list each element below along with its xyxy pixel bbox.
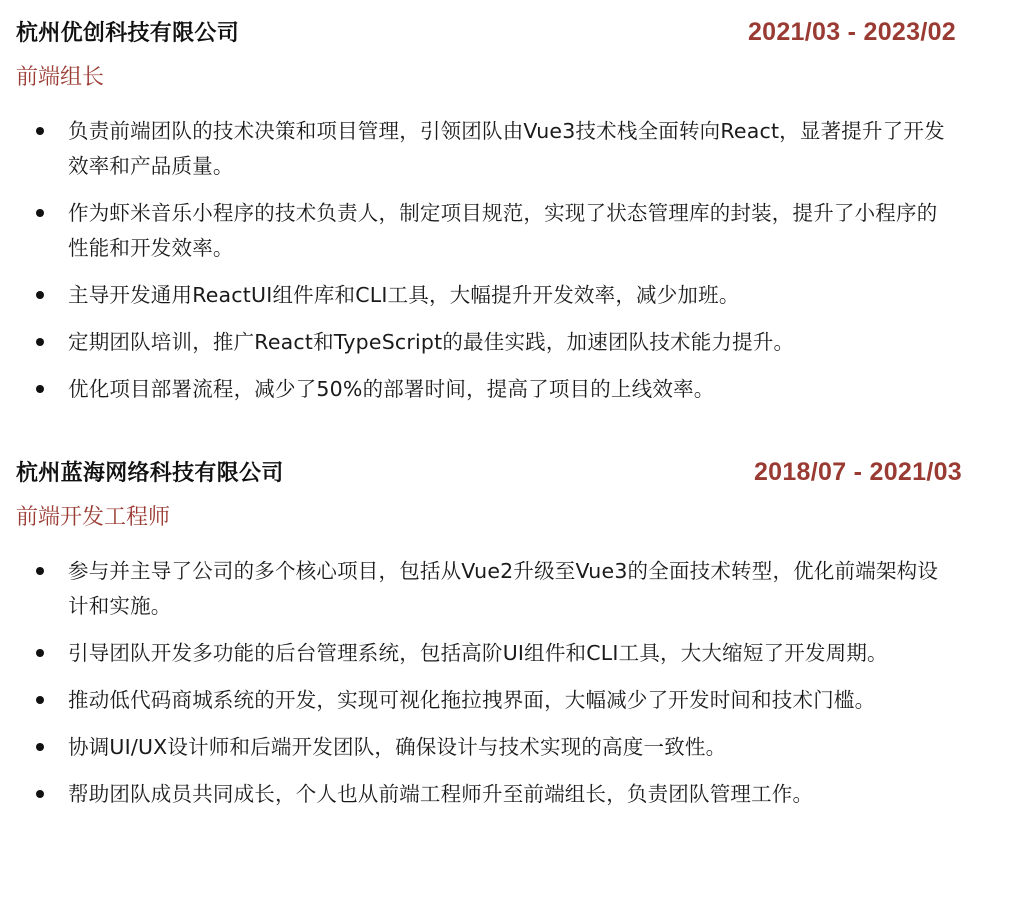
job-title: 前端开发工程师 <box>16 496 962 540</box>
bullet-icon <box>36 790 44 798</box>
list-item: 协调UI/UX设计师和后端开发团队，确保设计与技术实现的高度一致性。 <box>16 730 948 765</box>
list-item: 作为虾米音乐小程序的技术负责人，制定项目规范，实现了状态管理库的封装，提升了小程… <box>16 196 948 266</box>
bullet-icon <box>36 291 44 299</box>
list-item-text: 作为虾米音乐小程序的技术负责人，制定项目规范，实现了状态管理库的封装，提升了小程… <box>68 201 937 260</box>
employment-period: 2018/07 - 2021/03 <box>754 452 962 492</box>
bullet-icon <box>36 696 44 704</box>
experience-header: 杭州优创科技有限公司 2021/03 - 2023/02 <box>16 12 962 54</box>
list-item-text: 协调UI/UX设计师和后端开发团队，确保设计与技术实现的高度一致性。 <box>68 735 726 759</box>
experience-entry: 杭州蓝海网络科技有限公司 2018/07 - 2021/03 前端开发工程师 参… <box>16 452 962 824</box>
bullet-icon <box>36 209 44 217</box>
list-item: 参与并主导了公司的多个核心项目，包括从Vue2升级至Vue3的全面技术转型，优化… <box>16 554 948 624</box>
list-item: 定期团队培训，推广React和TypeScript的最佳实践，加速团队技术能力提… <box>16 325 948 360</box>
list-item: 帮助团队成员共同成长，个人也从前端工程师升至前端组长，负责团队管理工作。 <box>16 777 948 812</box>
list-item: 负责前端团队的技术决策和项目管理，引领团队由Vue3技术栈全面转向React，显… <box>16 114 948 184</box>
list-item-text: 引导团队开发多功能的后台管理系统，包括高阶UI组件和CLI工具，大大缩短了开发周… <box>68 641 888 665</box>
job-title: 前端组长 <box>16 56 962 100</box>
bullet-icon <box>36 743 44 751</box>
responsibility-list: 负责前端团队的技术决策和项目管理，引领团队由Vue3技术栈全面转向React，显… <box>16 114 962 407</box>
list-item-text: 推动低代码商城系统的开发，实现可视化拖拉拽界面，大幅减少了开发时间和技术门槛。 <box>68 688 875 712</box>
list-item: 主导开发通用ReactUI组件库和CLI工具，大幅提升开发效率，减少加班。 <box>16 278 948 313</box>
experience-header: 杭州蓝海网络科技有限公司 2018/07 - 2021/03 <box>16 452 962 494</box>
experience-entry: 杭州优创科技有限公司 2021/03 - 2023/02 前端组长 负责前端团队… <box>16 12 962 419</box>
company-name: 杭州蓝海网络科技有限公司 <box>16 454 284 494</box>
employment-period: 2021/03 - 2023/02 <box>748 12 956 52</box>
list-item-text: 主导开发通用ReactUI组件库和CLI工具，大幅提升开发效率，减少加班。 <box>68 283 740 307</box>
list-item: 优化项目部署流程，减少了50%的部署时间，提高了项目的上线效率。 <box>16 372 948 407</box>
list-item-text: 负责前端团队的技术决策和项目管理，引领团队由Vue3技术栈全面转向React，显… <box>68 119 945 178</box>
bullet-icon <box>36 127 44 135</box>
list-item: 引导团队开发多功能的后台管理系统，包括高阶UI组件和CLI工具，大大缩短了开发周… <box>16 636 948 671</box>
list-item-text: 优化项目部署流程，减少了50%的部署时间，提高了项目的上线效率。 <box>68 377 714 401</box>
bullet-icon <box>36 649 44 657</box>
list-item-text: 帮助团队成员共同成长，个人也从前端工程师升至前端组长，负责团队管理工作。 <box>68 782 813 806</box>
list-item-text: 定期团队培训，推广React和TypeScript的最佳实践，加速团队技术能力提… <box>68 330 794 354</box>
list-item: 推动低代码商城系统的开发，实现可视化拖拉拽界面，大幅减少了开发时间和技术门槛。 <box>16 683 948 718</box>
bullet-icon <box>36 338 44 346</box>
responsibility-list: 参与并主导了公司的多个核心项目，包括从Vue2升级至Vue3的全面技术转型，优化… <box>16 554 962 812</box>
bullet-icon <box>36 567 44 575</box>
bullet-icon <box>36 385 44 393</box>
company-name: 杭州优创科技有限公司 <box>16 14 239 54</box>
list-item-text: 参与并主导了公司的多个核心项目，包括从Vue2升级至Vue3的全面技术转型，优化… <box>68 559 938 618</box>
